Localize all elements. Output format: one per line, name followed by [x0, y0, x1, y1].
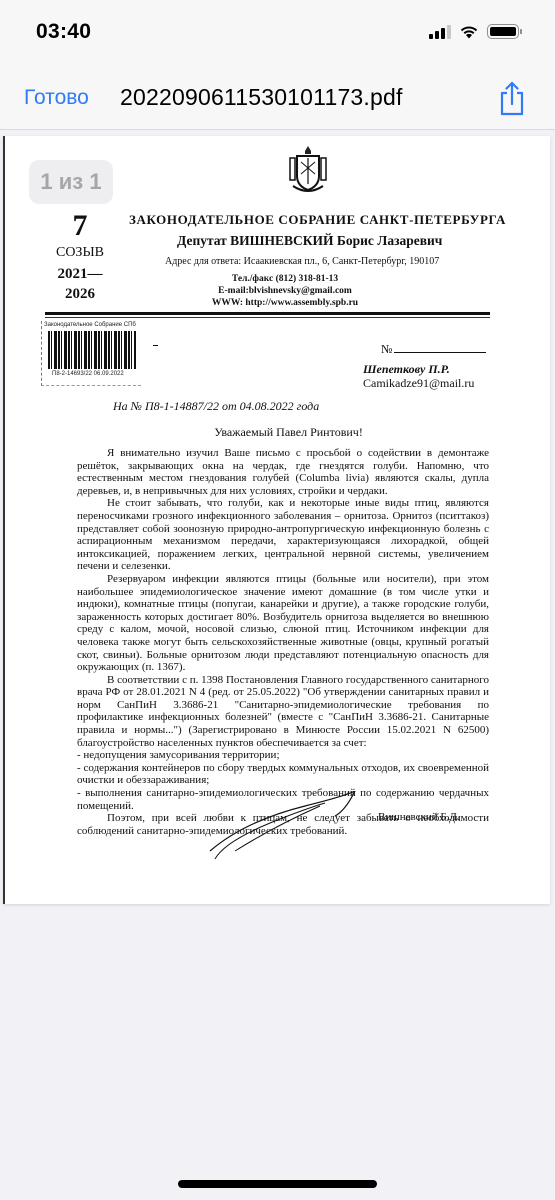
signer-name: Вишневский Б.Л.: [378, 811, 460, 823]
number-label: №: [381, 342, 392, 356]
status-bar: 03:40: [0, 0, 555, 70]
email: E-mail:blvishnevsky@gmail.com: [195, 285, 375, 297]
status-time: 03:40: [36, 20, 91, 44]
share-icon: [497, 80, 527, 116]
website: WWW: http://www.assembly.spb.ru: [195, 297, 375, 309]
outgoing-number: №: [381, 342, 486, 357]
convocation-block: 7 СОЗЫВ 2021— 2026: [45, 210, 115, 304]
reply-address: Адрес для ответа: Исаакиевская пл., 6, С…: [165, 256, 439, 267]
convocation-label: СОЗЫВ: [45, 242, 115, 264]
deputy-name: Депутат ВИШНЕВСКИЙ Борис Лазаревич: [177, 233, 442, 249]
home-indicator[interactable]: [178, 1180, 377, 1188]
recipient-name: Шепеткову П.Р.: [363, 362, 474, 376]
stamp-title: Законодательное Собрание СПб: [44, 322, 141, 328]
list-item: - недопущения замусоривания территории;: [77, 749, 489, 762]
divider: [45, 312, 490, 315]
coat-of-arms-icon: [285, 144, 331, 196]
contacts-block: Тел./факс (812) 318-81-13 E-mail:blvishn…: [195, 273, 375, 309]
recipient-email: Camikadze91@mail.ru: [363, 376, 474, 390]
salutation: Уважаемый Павел Ринтович!: [5, 425, 552, 440]
stamp-code: П8-2-14693/22 06.09.2022: [52, 371, 141, 377]
number-blank: [394, 352, 486, 353]
divider: [45, 317, 490, 318]
phone: Тел./факс (812) 318-81-13: [195, 273, 375, 285]
page-counter: 1 из 1: [29, 160, 113, 204]
pdf-viewer[interactable]: 1 из 1 7 СОЗЫВ 2021— 2026 ЗАКОНОДАТЕЛЬНО…: [0, 131, 555, 1200]
signature-icon: [205, 791, 365, 861]
registration-stamp: Законодательное Собрание СПб П8-2-14693/…: [41, 321, 141, 386]
wifi-icon: [459, 24, 479, 39]
done-button[interactable]: Готово: [24, 86, 89, 110]
document-title: 20220906115301011​73.pdf: [120, 84, 403, 111]
paragraph: Я внимательно изучил Ваше письмо с прось…: [77, 447, 489, 497]
pdf-page: 7 СОЗЫВ 2021— 2026 ЗАКОНОДАТЕЛЬНОЕ СОБРА…: [3, 136, 550, 904]
paragraph: Не стоит забывать, что голуби, как и нек…: [77, 497, 489, 573]
recipient-block: Шепеткову П.Р. Camikadze91@mail.ru: [363, 362, 474, 390]
paragraph: Резервуаром инфекции являются птицы (бол…: [77, 573, 489, 674]
reference-line: На № П8-1-14887/22 от 04.08.2022 года: [113, 399, 319, 414]
convocation-number: 7: [45, 210, 115, 242]
nav-bar: Готово 20220906115301011​73.pdf: [0, 70, 555, 130]
letter-body: Я внимательно изучил Ваше письмо с прось…: [77, 447, 489, 837]
status-icons: [429, 24, 519, 39]
battery-icon: [487, 24, 519, 39]
share-button[interactable]: [497, 80, 527, 116]
dash-mark: [153, 345, 158, 346]
paragraph: В соответствии с п. 1398 Постановления Г…: [77, 674, 489, 750]
barcode: [48, 331, 136, 369]
cellular-signal-icon: [429, 25, 451, 39]
assembly-heading: ЗАКОНОДАТЕЛЬНОЕ СОБРАНИЕ САНКТ-ПЕТЕРБУРГ…: [129, 212, 506, 228]
convocation-years-start: 2021—: [45, 264, 115, 284]
convocation-years-end: 2026: [45, 284, 115, 304]
list-item: - содержания контейнеров по сбору тверды…: [77, 762, 489, 787]
